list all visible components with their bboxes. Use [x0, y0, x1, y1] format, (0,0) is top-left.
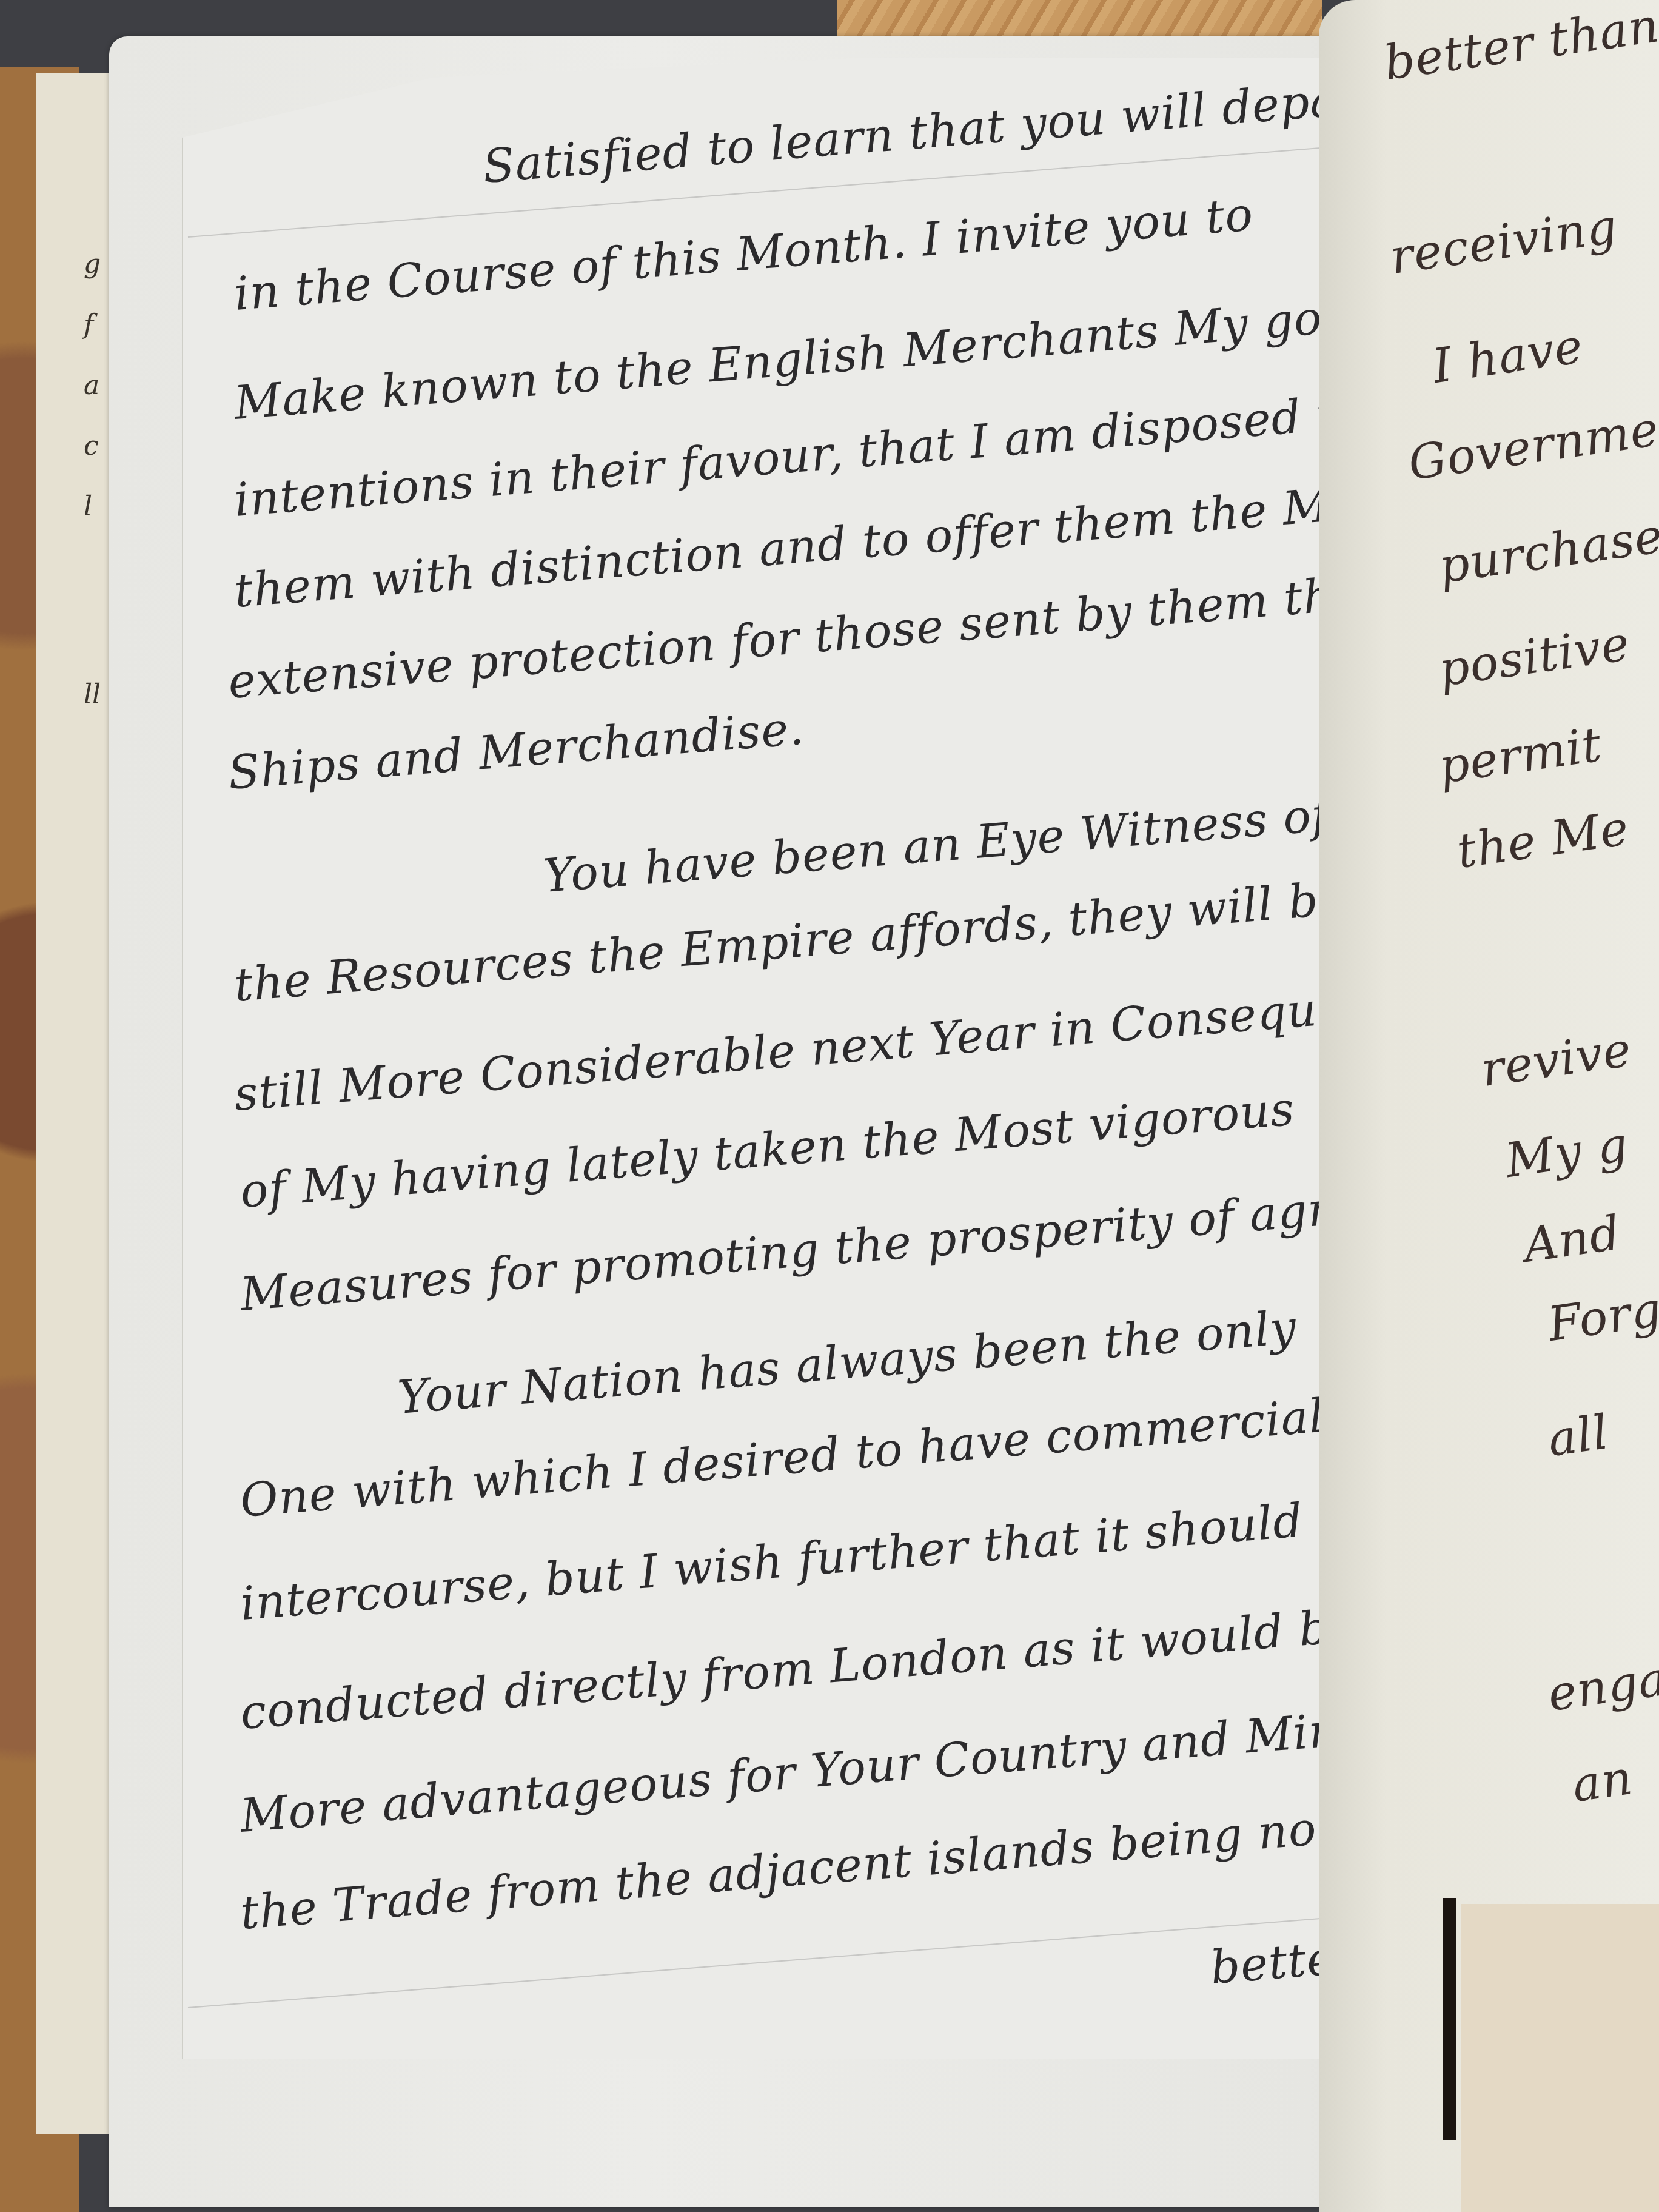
- page-edge-fragment: f: [84, 309, 93, 340]
- page-edge-fragment: l: [84, 491, 92, 522]
- page-edge-fragment: g: [84, 249, 101, 280]
- binding-gap: [1443, 1898, 1456, 2140]
- right-page-lower-edge: [1461, 1904, 1659, 2212]
- right-page-line: all: [1544, 1405, 1612, 1467]
- page-edge-fragment: a: [84, 370, 99, 401]
- page-edge-fragment: c: [84, 431, 99, 461]
- page-edge-fragment: ll: [84, 679, 101, 710]
- right-page-line: an: [1569, 1751, 1635, 1813]
